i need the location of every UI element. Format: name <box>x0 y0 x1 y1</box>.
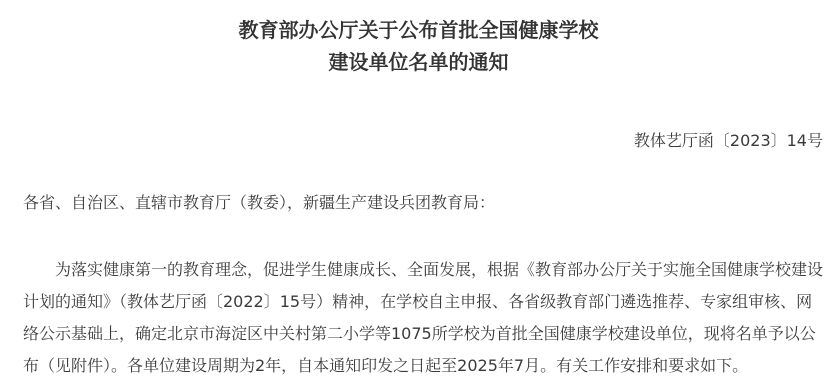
salutation: 各省、自治区、直辖市教育厅（教委），新疆生产建设兵团教育局： <box>23 190 495 216</box>
paragraph-line-1: 为落实健康第一的教育理念，促进学生健康成长、全面发展，根据《教育部办公厅关于实施… <box>23 257 823 289</box>
paragraph-line-2: 计划的通知》（教体艺厅函〔2022〕15号）精神，在学校自主申报、各省级教育部门… <box>23 289 823 321</box>
document-title-line-1: 教育部办公厅关于公布首批全国健康学校 <box>0 16 837 44</box>
body-paragraph: 为落实健康第一的教育理念，促进学生健康成长、全面发展，根据《教育部办公厅关于实施… <box>23 257 823 384</box>
paragraph-line-4: 布（见附件）。各单位建设周期为2年，自本通知印发之日起至2025年7月。有关工作… <box>23 353 823 384</box>
document-title-line-2: 建设单位名单的通知 <box>0 48 837 76</box>
paragraph-line-3: 络公示基础上，确定北京市海淀区中关村第二小学等1075所学校为首批全国健康学校建… <box>23 321 823 353</box>
document-number: 教体艺厅函〔2023〕14号 <box>634 128 823 154</box>
